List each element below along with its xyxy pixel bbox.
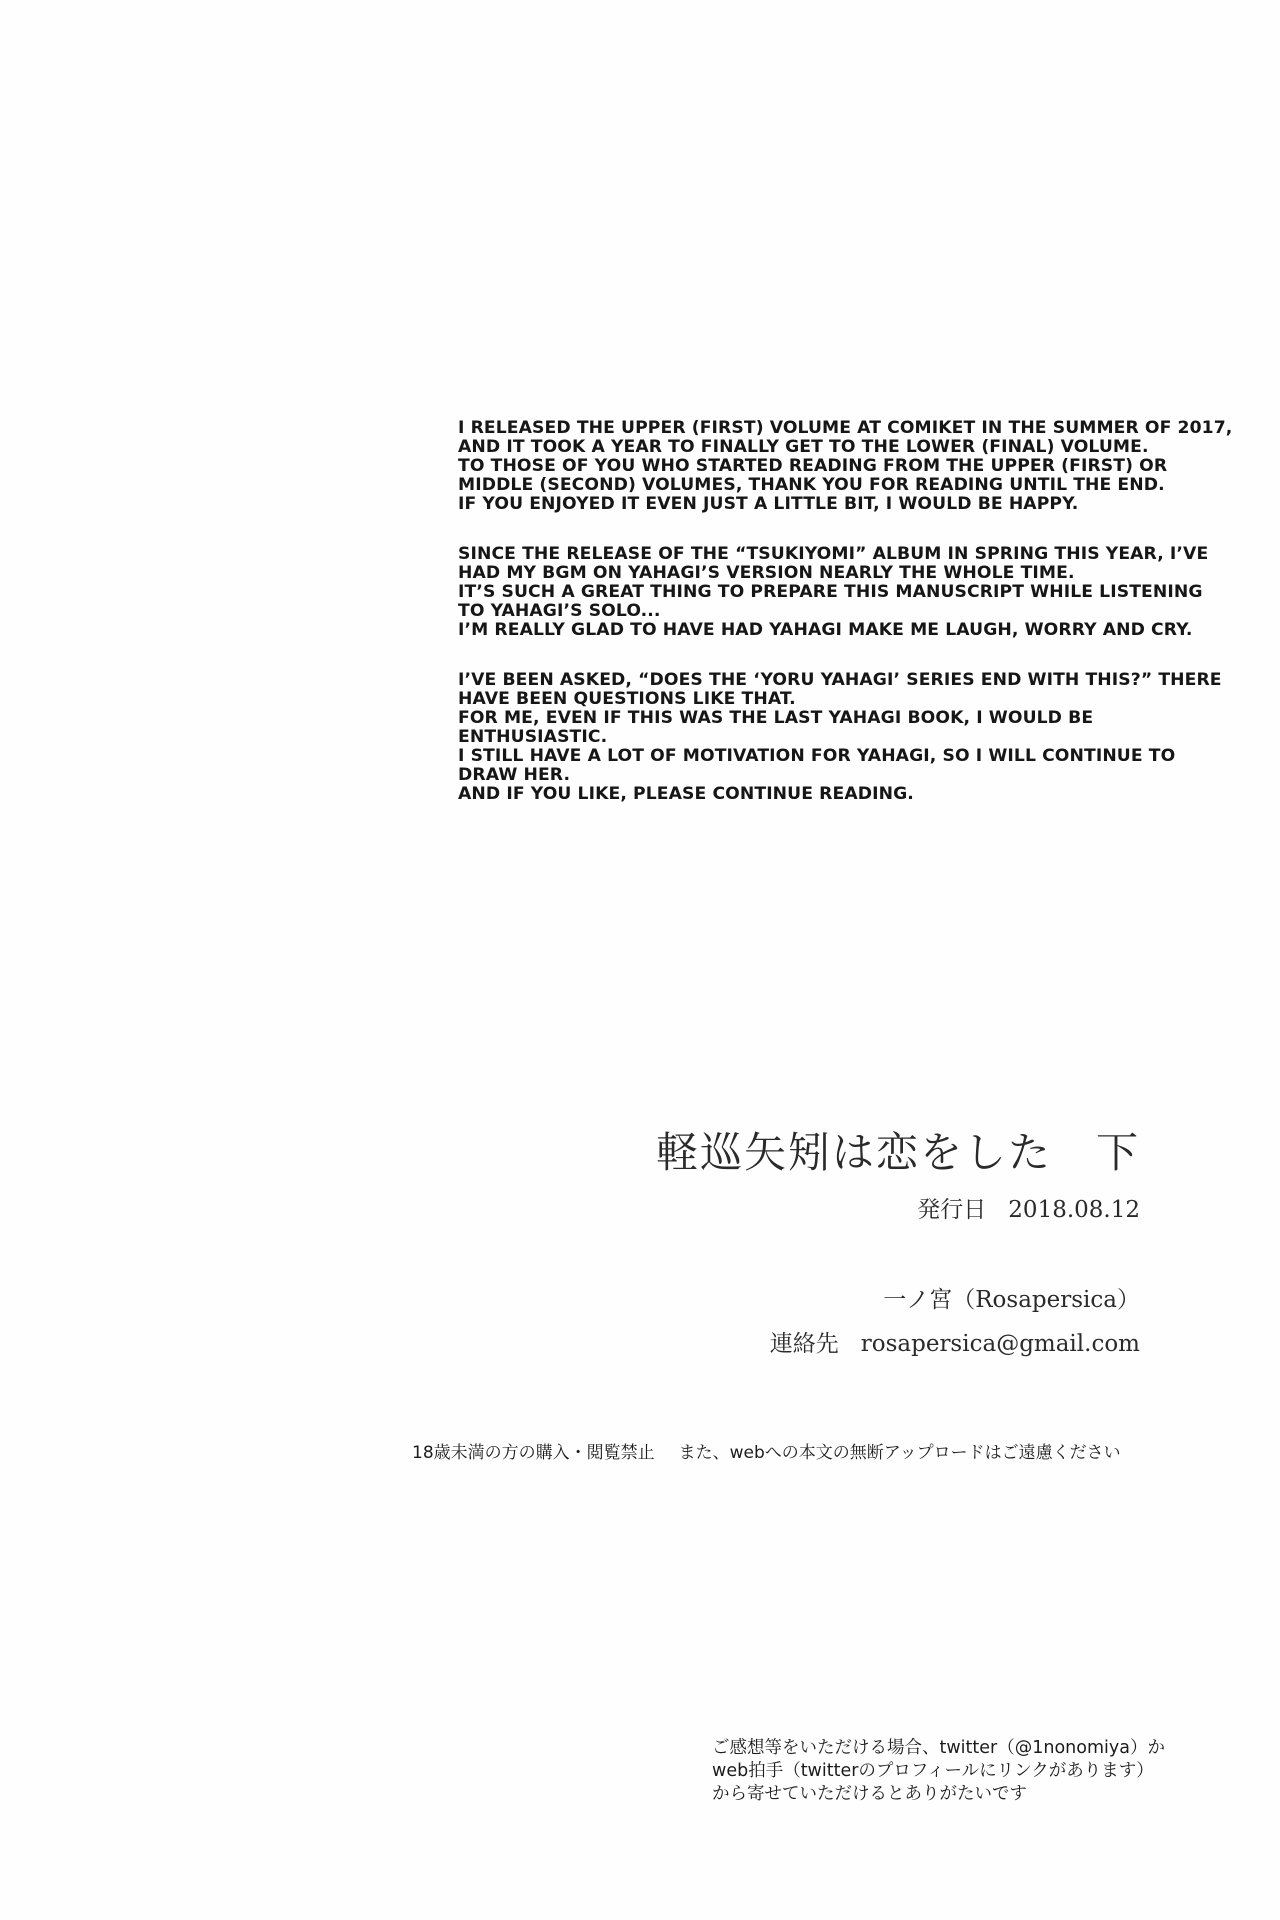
- contact-info: 連絡先rosapersica@gmail.com: [656, 1329, 1140, 1359]
- book-page: I released the upper (first) volume at C…: [0, 0, 1280, 1920]
- feedback-line: web拍手（twitterのプロフィールにリンクがあります）: [712, 1760, 1165, 1783]
- date-value: 2018.08.12: [1008, 1197, 1140, 1223]
- text-line: If you enjoyed it even just a little bit…: [458, 495, 1198, 514]
- afterword-paragraph-1: I released the upper (first) volume at C…: [458, 419, 1198, 514]
- text-line: I released the upper (first) volume at C…: [458, 419, 1198, 438]
- text-line: enthusiastic.: [458, 728, 1198, 747]
- afterword-text: I released the upper (first) volume at C…: [458, 419, 1198, 835]
- text-line: middle (second) volumes, thank you for r…: [458, 476, 1198, 495]
- text-line: to Yahagi’s solo...: [458, 602, 1198, 621]
- text-line: I still have a lot of motivation for Yah…: [458, 747, 1198, 766]
- afterword-paragraph-3: I’ve been asked, “Does the ‘Yoru Yahagi’…: [458, 671, 1198, 804]
- date-label: 発行日: [917, 1197, 986, 1223]
- upload-notice-text: また、webへの本文の無断アップロードはご遠慮ください: [679, 1443, 1121, 1463]
- text-line: draw her.: [458, 766, 1198, 785]
- contact-label: 連絡先: [770, 1331, 839, 1357]
- text-line: have been questions like that.: [458, 690, 1198, 709]
- text-line: Since the release of the “Tsukiyomi” alb…: [458, 545, 1198, 564]
- contact-email: rosapersica@gmail.com: [861, 1331, 1140, 1357]
- text-line: For me, even if this was the last Yahagi…: [458, 709, 1198, 728]
- text-line: I’ve been asked, “Does the ‘Yoru Yahagi’…: [458, 671, 1198, 690]
- text-line: To those of you who started reading from…: [458, 457, 1198, 476]
- feedback-line: から寄せていただけるとありがたいです: [712, 1783, 1165, 1806]
- text-line: I’m really glad to have had Yahagi make …: [458, 621, 1198, 640]
- text-line: And if you like, please continue reading…: [458, 785, 1198, 804]
- feedback-note: ご感想等をいただける場合、twitter（@1nonomiya）か web拍手（…: [712, 1737, 1165, 1806]
- colophon: 軽巡矢矧は恋をした 下 発行日2018.08.12 一ノ宮（Rosapersic…: [656, 1125, 1140, 1359]
- publication-date: 発行日2018.08.12: [656, 1195, 1140, 1225]
- text-line: had my BGM on Yahagi’s version nearly th…: [458, 564, 1198, 583]
- text-line: It’s such a great thing to prepare this …: [458, 583, 1198, 602]
- afterword-paragraph-2: Since the release of the “Tsukiyomi” alb…: [458, 545, 1198, 640]
- author-name: 一ノ宮（Rosapersica）: [656, 1285, 1140, 1315]
- book-title: 軽巡矢矧は恋をした 下: [656, 1125, 1140, 1181]
- feedback-line: ご感想等をいただける場合、twitter（@1nonomiya）か: [712, 1737, 1165, 1760]
- text-line: and it took a year to finally get to the…: [458, 438, 1198, 457]
- age-restriction-text: 18歳未満の方の購入・閲覧禁止: [412, 1443, 655, 1463]
- legal-notice: 18歳未満の方の購入・閲覧禁止また、webへの本文の無断アップロードはご遠慮くだ…: [412, 1442, 1121, 1464]
